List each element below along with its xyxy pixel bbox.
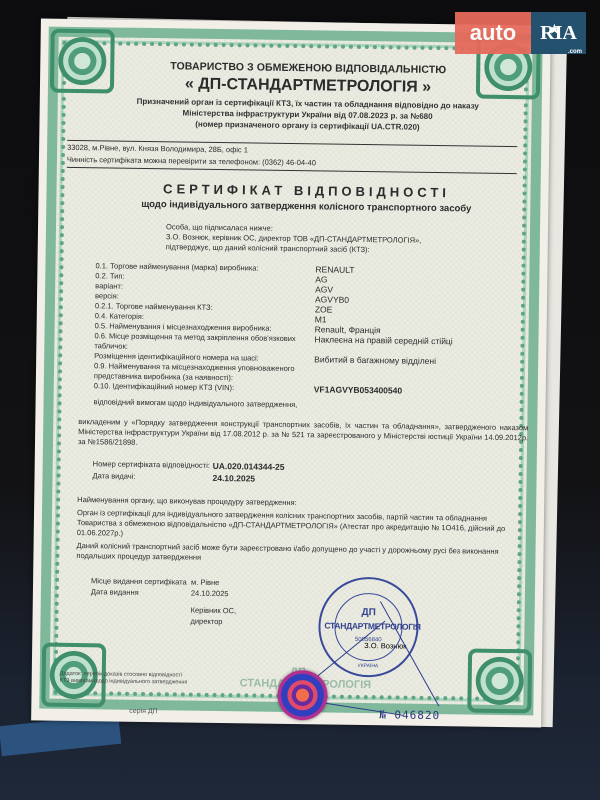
appendix-note: Додаток: перелік доказів стосовно відпов… bbox=[60, 671, 190, 687]
document-title: СЕРТИФІКАТ ВІДПОВІДНОСТІ bbox=[96, 180, 516, 201]
address-block: 33028, м.Рівне, вул. Князя Володимира, 2… bbox=[67, 140, 517, 174]
certificate-paper: ТОВАРИСТВО З ОБМЕЖЕНОЮ ВІДПОВІДАЛЬНІСТЮ … bbox=[31, 18, 551, 727]
serial-number: № 046820 bbox=[379, 708, 440, 722]
approval-body: Найменування органу, що виконував процед… bbox=[76, 495, 527, 567]
watermark-ria: ★ RIA .com bbox=[531, 12, 586, 54]
ornamental-frame: ТОВАРИСТВО З ОБМЕЖЕНОЮ ВІДПОВІДАЛЬНІСТЮ … bbox=[39, 27, 542, 716]
autoria-watermark: auto ★ RIA .com bbox=[455, 12, 586, 54]
vehicle-spec-list: 0.1. Торгове найменування (марка) виробн… bbox=[94, 261, 516, 413]
series-label: серія ДП bbox=[129, 708, 157, 715]
certificate-number-block: Номер сертифіката відповідності:UA.020.0… bbox=[92, 459, 512, 487]
watermark-auto: auto bbox=[455, 12, 531, 54]
corner-ornament-icon bbox=[467, 649, 532, 714]
certificate-content: ТОВАРИСТВО З ОБМЕЖЕНОЮ ВІДПОВІДАЛЬНІСТЮ … bbox=[90, 59, 518, 631]
intro: Особа, що підписалася нижче: З.О. Вознюк… bbox=[166, 222, 516, 257]
issue-block: Місце видання сертифікатам. Рівне Дата в… bbox=[90, 575, 511, 631]
org-name: « ДП-СТАНДАРТМЕТРОЛОГІЯ » bbox=[98, 74, 518, 98]
org-designation: Призначений орган із сертифікації КТЗ, ї… bbox=[97, 95, 517, 134]
conformity-line: відповідний вимогам щодо індивідуального… bbox=[94, 397, 514, 413]
certificate-date: 24.10.2025 bbox=[212, 473, 255, 484]
star-icon: ★ bbox=[549, 8, 560, 50]
certificate-number: UA.020.014344-25 bbox=[213, 461, 285, 472]
document-subtitle: щодо індивідуального затвердження колісн… bbox=[96, 198, 516, 215]
procedure-text: викладеним у «Порядку затвердження конст… bbox=[78, 417, 528, 453]
